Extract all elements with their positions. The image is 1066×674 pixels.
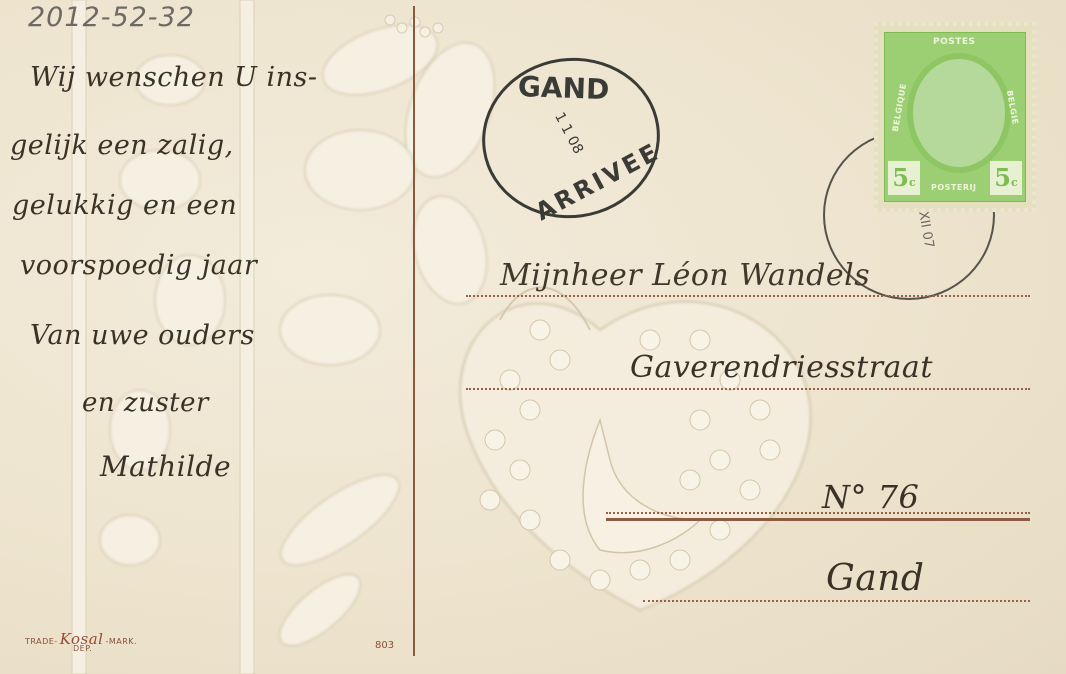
postmark-city: GAND (517, 70, 609, 106)
recipient-house-number: N° 76 (822, 478, 919, 516)
message-line: gelijk een zalig, (10, 130, 234, 161)
recipient-street: Gaverendriesstraat (630, 350, 933, 385)
message-line: en zuster (82, 388, 209, 418)
address-line-solid-rule (606, 518, 1030, 521)
coat-of-arms-icon (907, 53, 1011, 173)
recipient-name: Mijnheer Léon Wandels (500, 258, 870, 293)
arrival-postmark: GAND ARRIVEE 1 1 08 (472, 46, 671, 229)
trade-label: TRADE- (25, 637, 58, 646)
address-line-rule (466, 388, 1030, 390)
postmark-arrival: ARRIVEE (531, 137, 665, 226)
stamp-value-right: 5c (990, 161, 1022, 195)
signature: Mathilde (100, 450, 231, 483)
address-line-rule (466, 295, 1030, 297)
message-line: voorspoedig jaar (20, 250, 257, 281)
postage-stamp: POSTES BELGIQUE BELGIE POSTERIJ 5c 5c (874, 22, 1036, 212)
stamp-value-left: 5c (888, 161, 920, 195)
trademark: TRADE-Kosal-MARK. DEP. (25, 630, 137, 648)
mark-label: -MARK. (105, 637, 137, 646)
recipient-city: Gand (826, 558, 924, 599)
archive-number: 2012-52-32 (28, 2, 195, 33)
address-line-rule (606, 512, 1030, 514)
stamp-face: POSTES BELGIQUE BELGIE POSTERIJ 5c 5c (884, 32, 1026, 202)
message-line: Wij wenschen U ins- (30, 62, 318, 93)
address-line-rule (643, 600, 1030, 602)
card-number: 803 (375, 640, 394, 651)
dep-label: DEP. (73, 644, 92, 653)
stamp-bottom-text: POSTERIJ (931, 183, 976, 192)
stamp-value: 5 (892, 163, 909, 192)
stamp-value: 5 (994, 163, 1011, 192)
center-divider (413, 6, 415, 656)
message-line: Van uwe ouders (30, 320, 255, 351)
stamp-top-text: POSTES (933, 37, 976, 47)
postmark-date: 1 1 08 (551, 110, 586, 157)
stamp-left-text: BELGIQUE (891, 83, 908, 133)
message-line: gelukkig en een (12, 190, 237, 221)
postcard: 2012-52-32 Wij wenschen U ins- gelijk ee… (0, 0, 1066, 674)
stamp-unit: c (1011, 176, 1018, 189)
stamp-unit: c (909, 176, 916, 189)
